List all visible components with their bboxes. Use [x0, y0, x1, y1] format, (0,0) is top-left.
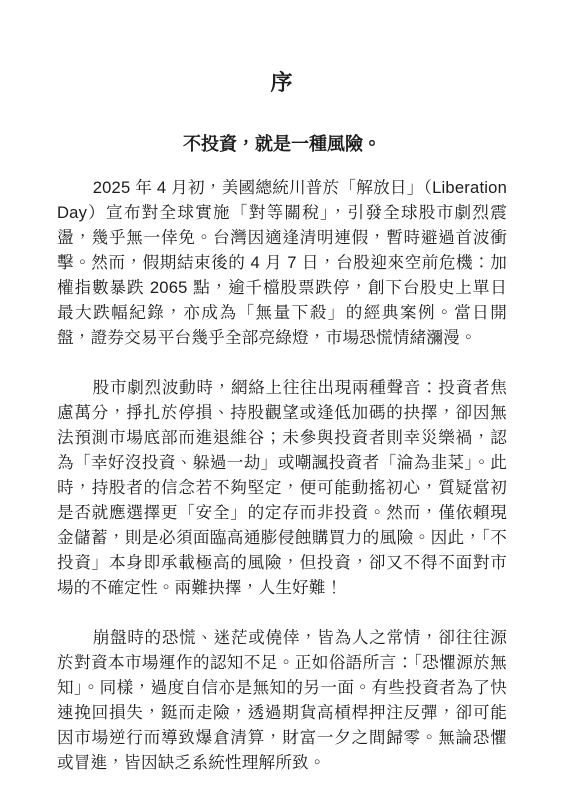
paragraph: 股市劇烈波動時，網絡上往往出現兩種聲音：投資者焦慮萬分，掙扎於停損、持股觀望或逢…: [57, 375, 507, 600]
body-text: 2025 年 4 月初，美國總統川普於「解放日」（Liberation Day）…: [57, 175, 507, 775]
page-title: 序: [57, 70, 507, 96]
paragraph: 2025 年 4 月初，美國總統川普於「解放日」（Liberation Day）…: [57, 175, 507, 350]
paragraph: 崩盤時的恐慌、迷茫或僥倖，皆為人之常情，卻往往源於對資本市場運作的認知不足。正如…: [57, 625, 507, 775]
page-subtitle: 不投資，就是一種風險。: [57, 132, 507, 156]
document-page: 序 不投資，就是一種風險。 2025 年 4 月初，美國總統川普於「解放日」（L…: [0, 0, 564, 800]
